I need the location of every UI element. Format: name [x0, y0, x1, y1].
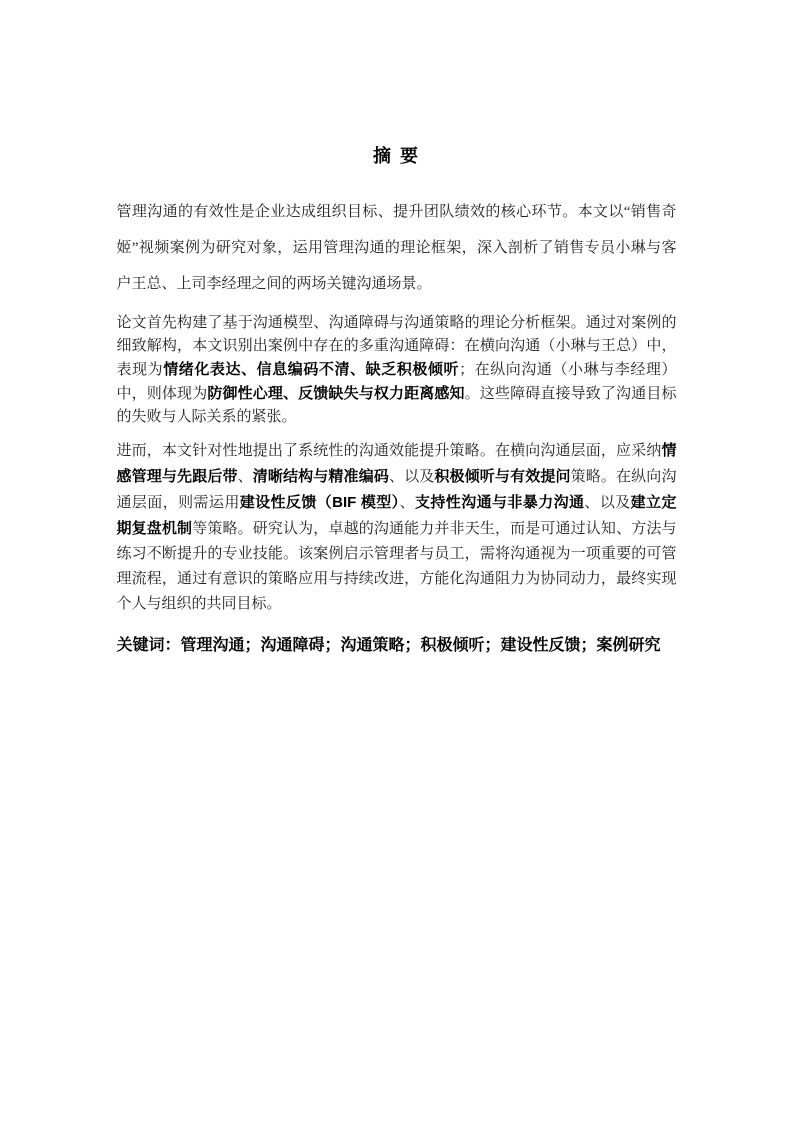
abstract-body: 管理沟通的有效性是企业达成组织目标、提升团队绩效的核心环节。本文以“销售奇姬”视… — [117, 194, 677, 617]
emphasis-text: 积极倾听与有效提问 — [434, 468, 570, 485]
abstract-title: 摘 要 — [117, 143, 677, 169]
paragraph: 进而，本文针对性地提出了系统性的沟通效能提升策略。在横向沟通层面，应采纳情感管理… — [117, 438, 677, 617]
paragraph: 管理沟通的有效性是企业达成组织目标、提升团队绩效的核心环节。本文以“销售奇姬”视… — [117, 194, 677, 302]
emphasis-text: 防御性心理、反馈缺失与权力距离感知 — [207, 385, 464, 402]
body-text: 进而，本文针对性地提出了系统性的沟通效能提升策略。在横向沟通层面，应采纳 — [117, 443, 662, 459]
emphasis-text: 清晰结构与精准编码 — [253, 468, 389, 485]
paragraph: 论文首先构建了基于沟通模型、沟通障碍与沟通策略的理论分析框架。通过对案例的细致解… — [117, 312, 677, 429]
emphasis-text: 情绪化表达、信息编码不清、缺乏积极倾听 — [163, 361, 459, 378]
keywords-line: 关键词：管理沟通；沟通障碍；沟通策略；积极倾听；建设性反馈；案例研究 — [117, 634, 677, 658]
body-text: 、 — [400, 495, 415, 511]
body-text: 、以及 — [584, 495, 630, 511]
emphasis-text: 建设性反馈（BIF 模型） — [240, 494, 400, 511]
body-text: 、 — [238, 469, 253, 485]
document-page: 摘 要 管理沟通的有效性是企业达成组织目标、提升团队绩效的核心环节。本文以“销售… — [0, 0, 793, 1122]
body-text: 管理沟通的有效性是企业达成组织目标、提升团队绩效的核心环节。本文以“销售奇姬”视… — [117, 204, 677, 292]
abstract-section: 摘 要 管理沟通的有效性是企业达成组织目标、提升团队绩效的核心环节。本文以“销售… — [117, 0, 677, 658]
body-text: 、以及 — [389, 469, 434, 485]
emphasis-text: 支持性沟通与非暴力沟通 — [415, 494, 584, 511]
body-text: 等策略。研究认为，卓越的沟通能力并非天生，而是可通过认知、方法与练习不断提升的专… — [117, 521, 677, 612]
